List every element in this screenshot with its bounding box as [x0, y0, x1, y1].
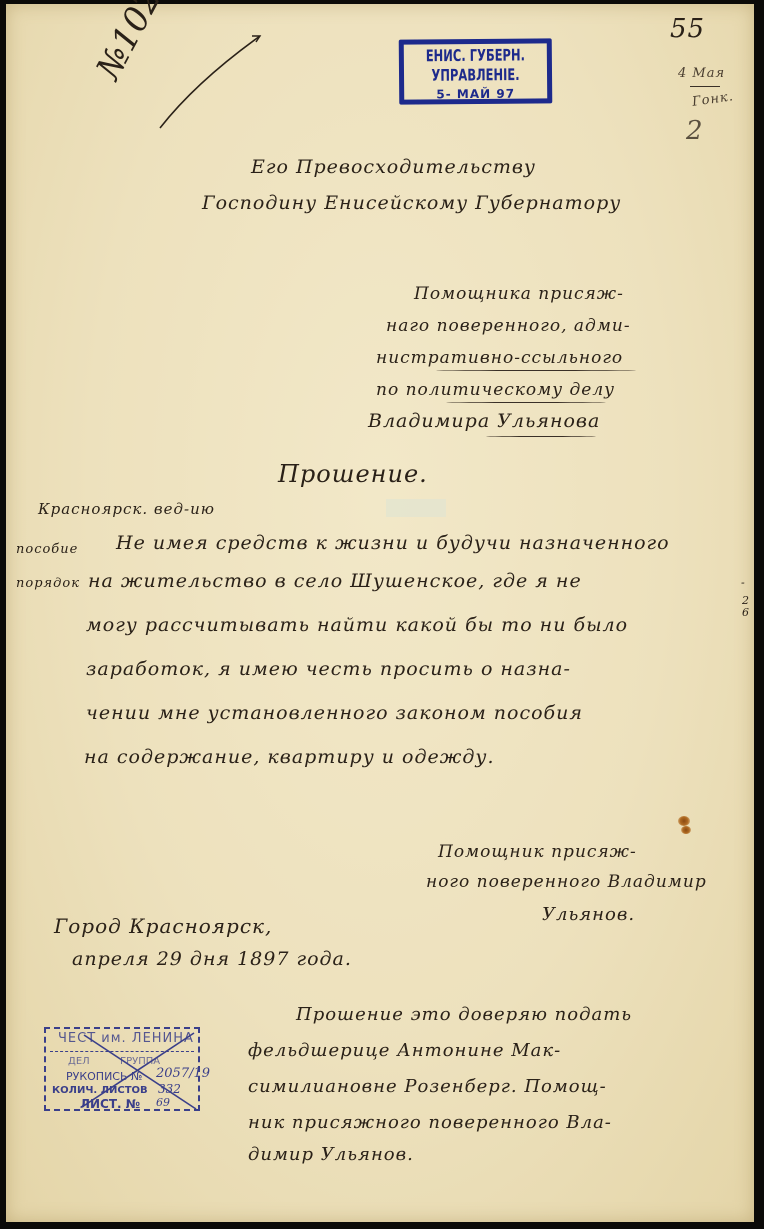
document-title: Прошение.	[278, 460, 428, 488]
sender-line-1: Помощника присяж-	[414, 284, 624, 304]
date-line: апреля 29 дня 1897 года.	[72, 948, 352, 970]
body-line-4: заработок, я имею честь просить о назна-	[86, 658, 571, 680]
edge-mark-3: 6	[742, 606, 750, 619]
archive-stamp: ЧЕСТ им. ЛЕНИНА ДЕЛ ГРУППА РУКОПИСЬ № 20…	[44, 1027, 200, 1111]
margin-note-2: пособие	[16, 542, 78, 557]
sender-underline-1	[436, 370, 636, 371]
margin-note-1: Красноярск. вед-ию	[38, 500, 215, 518]
corner-note-2: Гонк.	[691, 89, 735, 110]
margin-note-3: порядок	[16, 576, 80, 591]
cross-out-line	[46, 1029, 202, 1113]
addressee-line-1: Его Превосходительству	[251, 156, 536, 178]
edge-mark-1: -	[741, 576, 746, 589]
signature-line-2: ного поверенного Владимир	[426, 872, 707, 892]
postscript-line-4: ник присяжного поверенного Вла-	[248, 1112, 612, 1133]
sender-line-4: по политическому делу	[376, 380, 615, 400]
postscript-line-5: димир Ульянов.	[248, 1144, 414, 1165]
folio-number: 55	[670, 14, 705, 44]
addressee-line-2: Господину Енисейскому Губернатору	[202, 192, 621, 214]
governorate-receipt-stamp: ЕНИС. ГУБЕРН. УПРАВЛЕНIЕ. 5- МАЙ 97	[399, 38, 553, 104]
corner-mark: 2	[686, 116, 704, 146]
corner-date-note: 4 Мая	[678, 66, 725, 81]
signature-line-1: Помощник присяж-	[438, 842, 637, 862]
corner-note-divider	[690, 86, 720, 87]
stamp-office-name: ЕНИС. ГУБЕРН. УПРАВЛЕНIЕ.	[404, 45, 547, 85]
ink-stain-2	[681, 826, 691, 834]
sender-line-2: наго поверенного, адми-	[386, 316, 631, 336]
faded-archive-label	[386, 499, 446, 517]
place-line: Город Красноярск,	[54, 914, 272, 938]
body-line-3: могу рассчитывать найти какой бы то ни б…	[86, 614, 628, 636]
postscript-line-2: фельдшерице Антонине Мак-	[248, 1040, 561, 1061]
flourish-line	[156, 32, 266, 132]
sender-line-3: нистративно-ссыльного	[376, 348, 623, 368]
signature-line-3: Ульянов.	[542, 904, 635, 925]
sender-line-5: Владимира Ульянова	[368, 410, 600, 432]
stamp-date: 5- МАЙ 97	[404, 86, 547, 101]
postscript-line-3: симилиановне Розенберг. Помощ-	[248, 1076, 607, 1097]
body-line-1: Не имея средств к жизни и будучи назначе…	[116, 532, 670, 554]
sender-underline-3	[486, 436, 596, 437]
body-line-5: чении мне установленного законом пособия	[86, 702, 583, 724]
sender-underline-2	[446, 402, 606, 403]
postscript-line-1: Прошение это доверяю подать	[296, 1004, 632, 1025]
ink-stain	[678, 816, 690, 826]
body-line-6: на содержание, квартиру и одежду.	[84, 746, 495, 768]
body-line-2: на жительство в село Шушенское, где я не	[88, 570, 582, 592]
